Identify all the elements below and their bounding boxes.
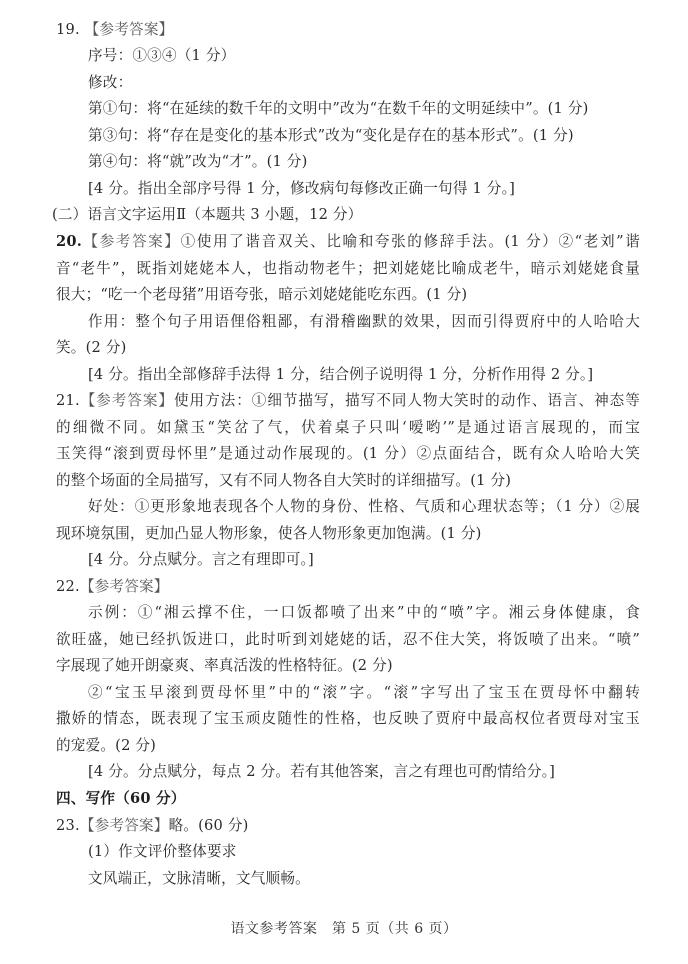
q19-revision-4: 第④句：将“就”改为“才”。(1 分) (88, 152, 678, 172)
section-2-heading: (二）语言文字运用Ⅱ（本题共 3 小题，12 分） (52, 205, 642, 225)
q22-example-2-end: 的宠爱。(2 分) (56, 736, 646, 756)
q22-example-2-cont: 撒娇的情态，既表现了宝玉顽皮随性的性格，也反映了贾府中最高权位者贾母对宝玉 (56, 709, 640, 729)
q21-benefit: 好处：①更形象地表现各个人物的身份、性格、气质和心理状态等；（1 分）②展 (88, 497, 640, 517)
q19-heading: 19. 【参考答案】 (56, 20, 646, 40)
q20-line-1: 20.【参考答案】①使用了谐音双关、比喻和夸张的修辞手法。(1 分）②“老刘”谐 (56, 232, 640, 252)
page-footer: 语文参考答案 第 5 页（共 6 页） (0, 918, 688, 938)
q22-scoring-note: [4 分。分点赋分，每点 2 分。若有其他答案，言之有理也可酌情给分。] (88, 762, 678, 782)
q19-sequence: 序号：①③④（1 分） (88, 46, 678, 66)
question-number: 20. (56, 233, 82, 250)
q19-revise-label: 修改： (88, 73, 678, 93)
q22-example-1-cont: 欲旺盛，她已经扒饭进口，此时听到刘姥姥的话，忍不住大笑，将饭喷了出来。“喷” (56, 630, 640, 650)
q21-line-2: 的细微不同。如黛玉“笑岔了气，伏着桌子只叫‘嗳哟’”是通过语言展现的，而宝 (56, 418, 640, 438)
q20-scoring-note: [4 分。指出全部修辞手法得 1 分，结合例子说明得 1 分，分析作用得 2 分… (88, 365, 678, 385)
q23-requirement-heading: (1）作文评价整体要求 (88, 842, 678, 862)
q21-answer-start: 使用方法：①细节描写，描写不同人物大笑时的动作、语言、神态等 (174, 392, 640, 409)
answer-tag: 【参考答案】 (80, 392, 174, 409)
q19-revision-3: 第③句：将“存在是变化的基本形式”改为“变化是存在的基本形式”。(1 分) (88, 126, 678, 146)
section-4-heading: 四、写作（60 分） (56, 789, 646, 809)
q21-scoring-note: [4 分。分点赋分。言之有理即可。] (88, 550, 678, 570)
q21-line-4: 的整个场面的全局描写，又有不同人物各自大笑时的详细描写。(1 分) (56, 471, 646, 491)
q21-benefit-end: 现环境氛围，更加凸显人物形象，使各人物形象更加饱满。(1 分) (56, 524, 646, 544)
q20-line-3: 很大；“吃一个老母猪”用语夸张，暗示刘姥姥能吃东西。(1 分) (56, 285, 646, 305)
question-number: 22. (56, 578, 80, 595)
q23-requirement-text: 文风端正，文脉清晰，文气顺畅。 (88, 869, 678, 889)
q20-answer-start: ①使用了谐音双关、比喻和夸张的修辞手法。(1 分）②“老刘”谐 (181, 233, 640, 250)
q23-answer: 略。(60 分) (169, 817, 249, 834)
q22-example-2: ②“宝玉早滚到贾母怀里”中的“滚”字。“滚”字写出了宝玉在贾母怀中翻转 (88, 683, 640, 703)
answer-tag: 【参考答案】 (82, 233, 181, 250)
q20-effect-end: 笑。(2 分) (56, 338, 646, 358)
q20-line-2: 音“老牛”，既指刘姥姥本人，也指动物老牛；把刘姥姥比喻成老牛，暗示刘姥姥食量 (56, 259, 640, 279)
question-number: 19. (56, 21, 80, 38)
answer-tag: 【参考答案】 (80, 578, 169, 595)
q19-scoring-note: [4 分。指出全部序号得 1 分，修改病句每修改正确一句得 1 分。] (88, 179, 678, 199)
q21-line-1: 21.【参考答案】使用方法：①细节描写，描写不同人物大笑时的动作、语言、神态等 (56, 391, 640, 411)
q22-heading: 22.【参考答案】 (56, 577, 646, 597)
q21-line-3: 玉笑得“滚到贾母怀里”是通过动作展现的。(1 分）②点面结合，既有众人哈哈大笑 (56, 444, 640, 464)
answer-tag: 【参考答案】 (80, 817, 169, 834)
q22-example-1-end: 字展现了她开朗豪爽、率真活泼的性格特征。(2 分) (56, 656, 646, 676)
question-number: 23. (56, 817, 80, 834)
answer-tag: 【参考答案】 (85, 21, 174, 38)
document-page: 19. 【参考答案】 序号：①③④（1 分） 修改： 第①句：将“在延续的数千年… (0, 0, 688, 964)
q20-effect: 作用：整个句子用语俚俗粗鄙，有滑稽幽默的效果，因而引得贾府中的人哈哈大 (88, 312, 640, 332)
question-number: 21. (56, 392, 80, 409)
q23-heading: 23.【参考答案】略。(60 分) (56, 816, 646, 836)
q22-example-1: 示例：①“湘云撑不住，一口饭都喷了出来”中的“喷”字。湘云身体健康，食 (88, 603, 640, 623)
q19-revision-1: 第①句：将“在延续的数千年的文明中”改为“在数千年的文明延续中”。(1 分) (88, 99, 678, 119)
